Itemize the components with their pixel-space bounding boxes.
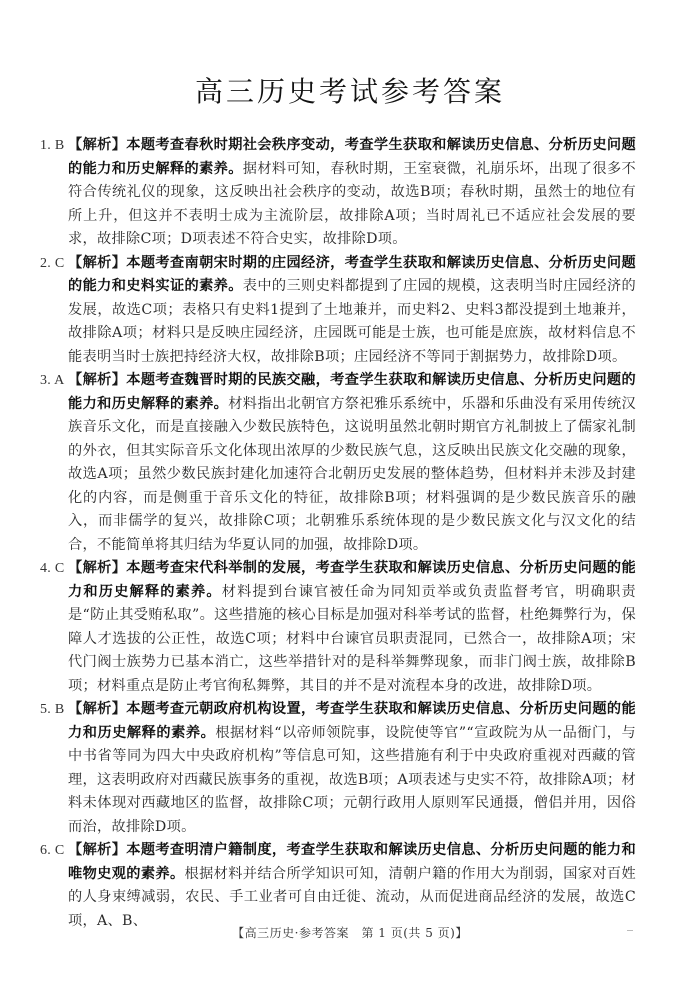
answer-body: 材料指出北朝官方祭祀雅乐系统中，乐器和乐曲没有采用传统汉族音乐文化，而是直接融入… xyxy=(68,396,636,553)
answer-number: 1. B xyxy=(40,134,65,158)
answer-item-1: 1. B 【解析】本题考查春秋时期社会秩序变动，考查学生获取和解读历史信息、分析… xyxy=(40,134,636,252)
analysis-tag: 【解析】 xyxy=(68,255,126,271)
page-footer: 【高三历史·参考答案 第 1 页(共 5 页)】 xyxy=(0,924,700,941)
answer-item-2: 2. C 【解析】本题考查南朝宋时期的庄园经济，考查学生获取和解读历史信息、分析… xyxy=(40,252,636,370)
answer-number: 6. C xyxy=(40,839,65,863)
analysis-tag: 【解析】 xyxy=(68,372,126,388)
answer-list: 1. B 【解析】本题考查春秋时期社会秩序变动，考查学生获取和解读历史信息、分析… xyxy=(40,134,636,933)
analysis-tag: 【解析】 xyxy=(68,842,126,858)
answer-number: 5. B xyxy=(40,698,65,722)
answer-item-5: 5. B 【解析】本题考查元朝政府机构设置，考查学生获取和解读历史信息、分析历史… xyxy=(40,698,636,839)
answer-body: 材料提到台谏官被任命为同知贡举或负责监督考官，明确职责是“防止其受贿私取”。这些… xyxy=(68,584,636,694)
answer-item-4: 4. C 【解析】本题考查宋代科举制的发展，考查学生获取和解读历史信息、分析历史… xyxy=(40,557,636,698)
corner-mark xyxy=(627,930,633,931)
answer-number: 3. A xyxy=(40,369,65,393)
analysis-tag: 【解析】 xyxy=(68,137,126,153)
document-title: 高三历史考试参考答案 xyxy=(0,70,700,110)
answer-number: 2. C xyxy=(40,252,65,276)
answer-item-3: 3. A 【解析】本题考查魏晋时期的民族交融，考查学生获取和解读历史信息、分析历… xyxy=(40,369,636,557)
analysis-tag: 【解析】 xyxy=(68,701,126,717)
analysis-tag: 【解析】 xyxy=(68,560,126,576)
answer-body: 根据材料“以帝师领院事，设院使等官”“宣政院为从一品衙门，与中书省等同为四大中央… xyxy=(68,725,636,835)
answer-number: 4. C xyxy=(40,557,65,581)
answer-item-6: 6. C 【解析】本题考查明清户籍制度，考查学生获取和解读历史信息、分析历史问题… xyxy=(40,839,636,933)
